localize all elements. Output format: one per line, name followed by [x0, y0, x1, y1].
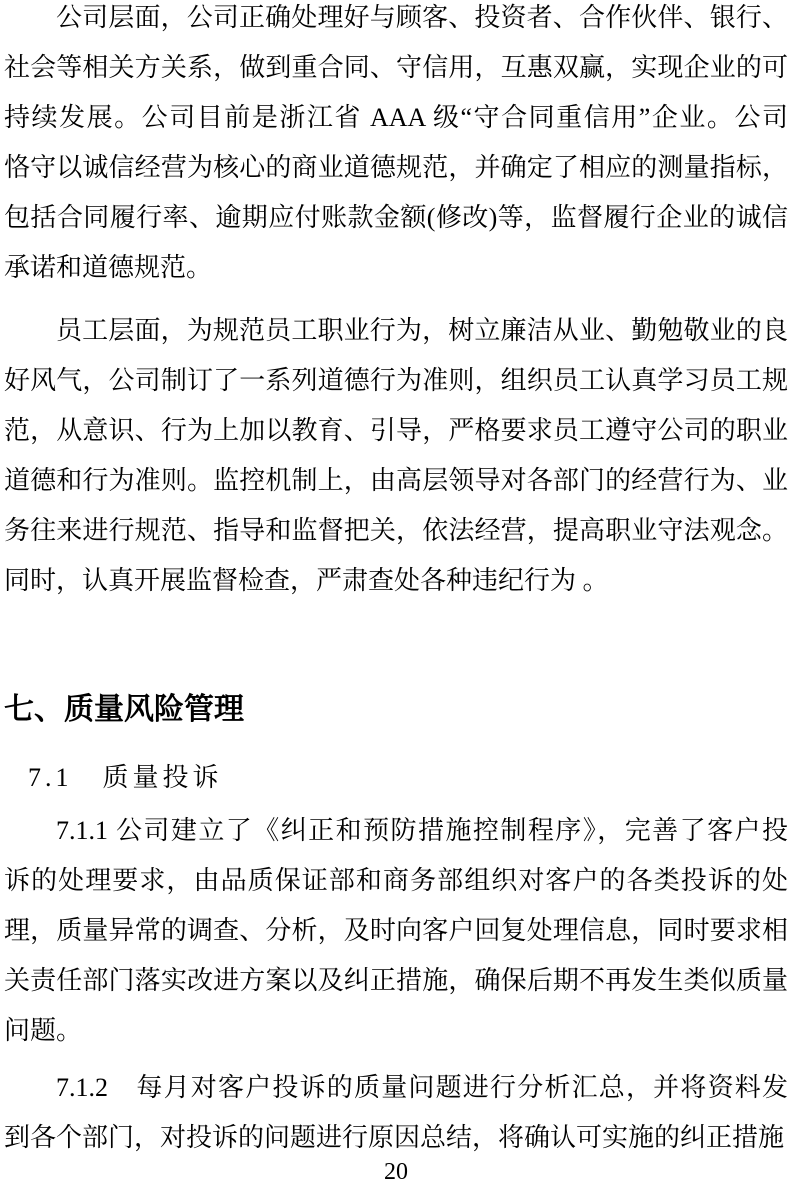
text-line: 同时，认真开展监督检查，严肃查处各种违纪行为 。	[4, 556, 788, 606]
text-line: 社会等相关方关系，做到重合同、守信用，互惠双赢，实现企业的可	[4, 43, 788, 93]
section-heading-quality-risk-management: 七、质量风险管理	[4, 685, 788, 735]
text-line: 理，质量异常的调查、分析，及时向客户回复处理信息，同时要求相	[4, 906, 788, 956]
text-line: 诉的处理要求，由品质保证部和商务部组织对客户的各类投诉的处	[4, 856, 788, 906]
text-line: 道德和行为准则。监控机制上，由高层领导对各部门的经营行为、业	[4, 456, 788, 506]
text-line: 7.1.2 每月对客户投诉的质量问题进行分析汇总，并将资料发	[4, 1063, 788, 1113]
text-line: 承诺和道德规范。	[4, 243, 788, 293]
text-line: 持续发展。公司目前是浙江省 AAA 级“守合同重信用”企业。公司	[4, 93, 788, 143]
subsection-heading-quality-complaints: 7.1 质量投诉	[4, 753, 788, 803]
text-line: 关责任部门落实改进方案以及纠正措施，确保后期不再发生类似质量	[4, 956, 788, 1006]
paragraph-7-1-2: 7.1.2 每月对客户投诉的质量问题进行分析汇总，并将资料发 到各个部门，对投诉…	[4, 1063, 788, 1163]
text-line: 到各个部门，对投诉的问题进行原因总结，将确认可实施的纠正措施	[4, 1113, 788, 1163]
text-line: 好风气，公司制订了一系列道德行为准则，组织员工认真学习员工规	[4, 356, 788, 406]
text-line: 问题。	[4, 1006, 788, 1056]
document-page: 公司层面，公司正确处理好与顾客、投资者、合作伙伴、银行、 社会等相关方关系，做到…	[0, 0, 800, 1187]
text-line: 恪守以诚信经营为核心的商业道德规范，并确定了相应的测量指标，	[4, 143, 788, 193]
text-line: 范，从意识、行为上加以教育、引导，严格要求员工遵守公司的职业	[4, 406, 788, 456]
text-line: 7.1.1 公司建立了《纠正和预防措施控制程序》，完善了客户投	[4, 806, 788, 856]
paragraph-7-1-1: 7.1.1 公司建立了《纠正和预防措施控制程序》，完善了客户投 诉的处理要求，由…	[4, 806, 788, 1056]
text-line: 务往来进行规范、指导和监督把关，依法经营，提高职业守法观念。	[4, 506, 788, 556]
text-line: 员工层面，为规范员工职业行为，树立廉洁从业、勤勉敬业的良	[4, 306, 788, 356]
paragraph-employee-level: 员工层面，为规范员工职业行为，树立廉洁从业、勤勉敬业的良 好风气，公司制订了一系…	[4, 306, 788, 606]
paragraph-company-level: 公司层面，公司正确处理好与顾客、投资者、合作伙伴、银行、 社会等相关方关系，做到…	[4, 0, 788, 293]
text-line: 包括合同履行率、逾期应付账款金额(修改)等，监督履行企业的诚信	[4, 193, 788, 243]
text-line: 公司层面，公司正确处理好与顾客、投资者、合作伙伴、银行、	[4, 0, 788, 43]
